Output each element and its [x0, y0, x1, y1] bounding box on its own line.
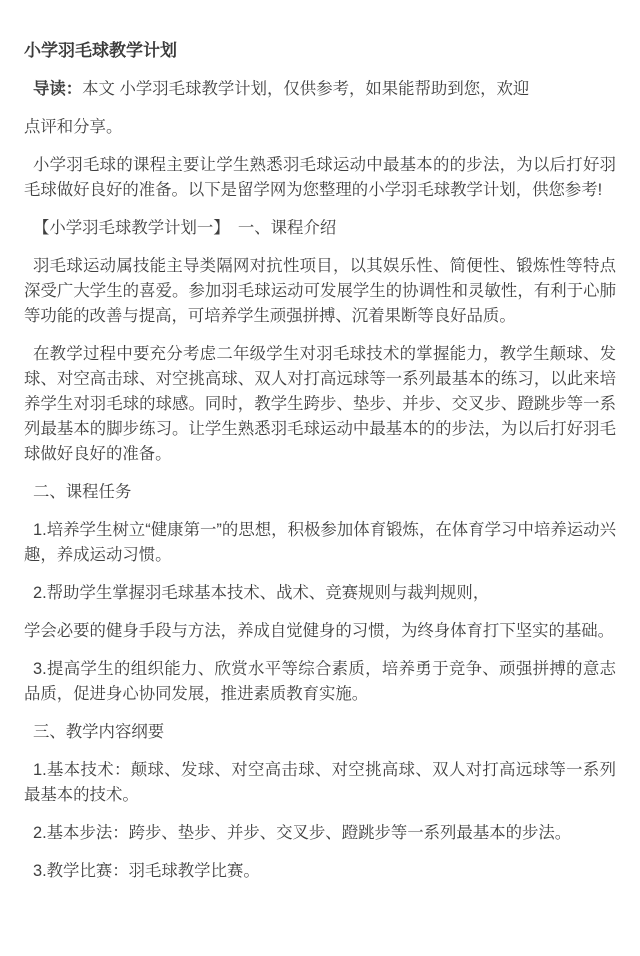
- paragraph-content-3: 3.教学比赛：羽毛球教学比赛。: [24, 859, 616, 884]
- paragraph-intro: 小学羽毛球的课程主要让学生熟悉羽毛球运动中最基本的的步法，为以后打好羽毛球做好良…: [24, 153, 616, 203]
- paragraph-course-intro: 羽毛球运动属技能主导类隔网对抗性项目，以其娱乐性、简便性、锻炼性等特点深受广大学…: [24, 254, 616, 329]
- paragraph-share: 点评和分享。: [24, 115, 616, 140]
- paragraph-task-1: 1.培养学生树立“健康第一”的思想，积极参加体育锻炼，在体育学习中培养运动兴趣，…: [24, 518, 616, 568]
- paragraph-teaching-process: 在教学过程中要充分考虑二年级学生对羽毛球技术的掌握能力，教学生颠球、发球、对空高…: [24, 342, 616, 467]
- heading-content-outline: 三、教学内容纲要: [24, 720, 616, 745]
- paragraph-task-3: 3.提高学生的组织能力、欣赏水平等综合素质，培养勇于竞争、顽强拼搏的意志品质，促…: [24, 657, 616, 707]
- paragraph-task-2-continuation: 学会必要的健身手段与方法，养成自觉健身的习惯，为终身体育打下坚实的基础。: [24, 619, 616, 644]
- paragraph-content-1: 1.基本技术：颠球、发球、对空高击球、对空挑高球、双人对打高远球等一系列最基本的…: [24, 758, 616, 808]
- heading-course-tasks: 二、课程任务: [24, 480, 616, 505]
- lead-text: 本文 小学羽毛球教学计划，仅供参考，如果能帮助到您，欢迎: [82, 80, 529, 98]
- page-title: 小学羽毛球教学计划: [24, 38, 616, 63]
- heading-plan-one: 【小学羽毛球教学计划一】 一、课程介绍: [24, 216, 616, 241]
- lead-paragraph: 导读：本文 小学羽毛球教学计划，仅供参考，如果能帮助到您，欢迎: [24, 77, 616, 102]
- paragraph-task-2: 2.帮助学生掌握羽毛球基本技术、战术、竞赛规则与裁判规则，: [24, 581, 616, 606]
- paragraph-content-2: 2.基本步法：跨步、垫步、并步、交叉步、蹬跳步等一系列最基本的步法。: [24, 821, 616, 846]
- article-page: 小学羽毛球教学计划 导读：本文 小学羽毛球教学计划，仅供参考，如果能帮助到您，欢…: [0, 0, 640, 956]
- lead-label: 导读：: [33, 80, 82, 98]
- document-body: 小学羽毛球教学计划 导读：本文 小学羽毛球教学计划，仅供参考，如果能帮助到您，欢…: [24, 38, 616, 884]
